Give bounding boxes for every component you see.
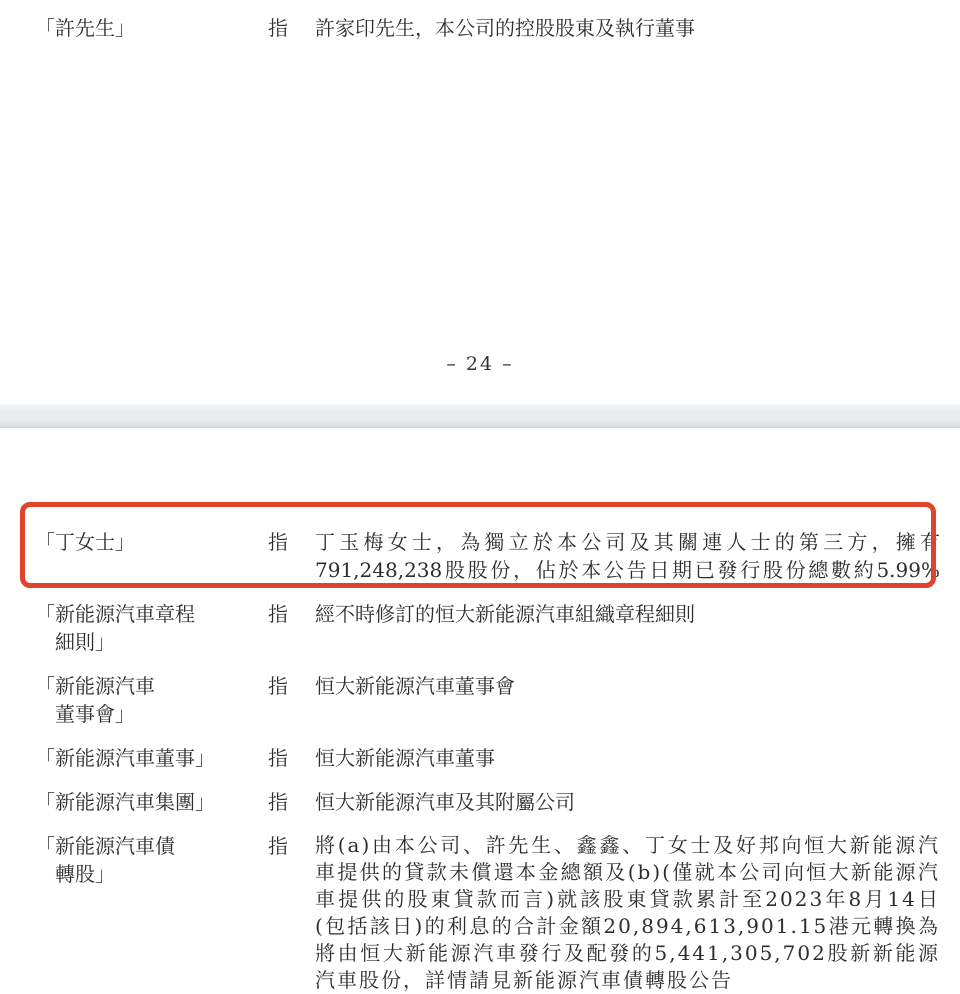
definition-text: 恒大新能源汽車董事會	[315, 672, 940, 728]
indicator-label: 指	[268, 832, 315, 990]
indicator-label: 指	[268, 528, 315, 584]
term-label: 「許先生」	[35, 14, 268, 42]
indicator-label: 指	[268, 672, 315, 728]
term-label: 「新能源汽車 董事會」	[35, 672, 268, 728]
definition-row: 「新能源汽車債 轉股」 指 將(a)由本公司、許先生、鑫鑫、丁女士及好邦向恒大新…	[35, 832, 960, 990]
definition-text: 許家印先生，本公司的控股股東及執行董事	[315, 14, 940, 42]
definition-row-highlighted: 「丁女士」 指 丁玉梅女士，為獨立於本公司及其關連人士的第三方，擁有791,24…	[35, 528, 960, 584]
term-label: 「新能源汽車債 轉股」	[35, 832, 268, 990]
document-page-bottom: 「丁女士」 指 丁玉梅女士，為獨立於本公司及其關連人士的第三方，擁有791,24…	[0, 428, 960, 990]
definition-row: 「新能源汽車董事」 指 恒大新能源汽車董事	[35, 744, 960, 772]
page-number: – 24 –	[0, 353, 960, 375]
term-label: 「丁女士」	[35, 528, 268, 584]
definition-row: 「新能源汽車集團」 指 恒大新能源汽車及其附屬公司	[35, 788, 960, 816]
definition-row: 「新能源汽車章程 細則」 指 經不時修訂的恒大新能源汽車組織章程細則	[35, 600, 960, 656]
definition-text: 丁玉梅女士，為獨立於本公司及其關連人士的第三方，擁有791,248,238股股份…	[315, 528, 940, 584]
definition-row: 「許先生」 指 許家印先生，本公司的控股股東及執行董事	[35, 14, 960, 42]
indicator-label: 指	[268, 600, 315, 656]
definition-text: 恒大新能源汽車及其附屬公司	[315, 788, 940, 816]
page-separator	[0, 404, 960, 428]
indicator-label: 指	[268, 14, 315, 42]
term-label: 「新能源汽車董事」	[35, 744, 268, 772]
term-label: 「新能源汽車集團」	[35, 788, 268, 816]
indicator-label: 指	[268, 788, 315, 816]
term-label: 「新能源汽車章程 細則」	[35, 600, 268, 656]
definition-text: 經不時修訂的恒大新能源汽車組織章程細則	[315, 600, 940, 656]
definition-text: 恒大新能源汽車董事	[315, 744, 940, 772]
document-page-top: 「許先生」 指 許家印先生，本公司的控股股東及執行董事 – 24 –	[0, 0, 960, 404]
indicator-label: 指	[268, 744, 315, 772]
definition-text: 將(a)由本公司、許先生、鑫鑫、丁女士及好邦向恒大新能源汽車提供的貸款未償還本金…	[315, 832, 940, 990]
definition-row: 「新能源汽車 董事會」 指 恒大新能源汽車董事會	[35, 672, 960, 728]
